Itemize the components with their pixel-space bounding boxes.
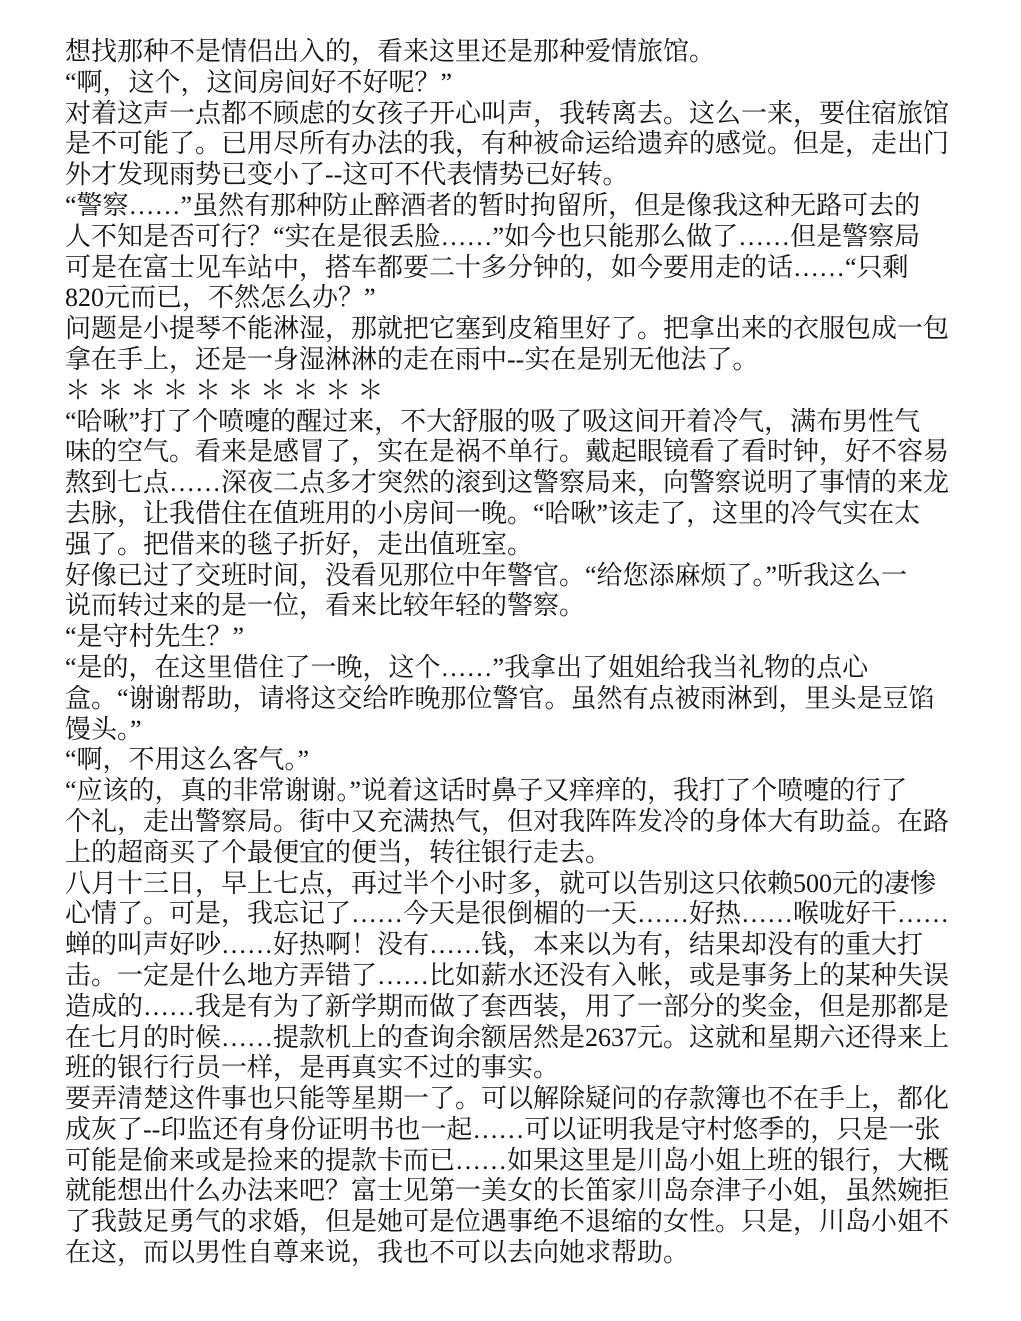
text-line: 班的银行行员一样，是再真实不过的事实。 [65, 1053, 965, 1084]
text-block: 想找那种不是情侣出入的，看来这里还是那种爱情旅馆。“啊，这个，这间房间好不好呢？… [65, 37, 965, 1269]
text-line: 八月十三日，早上七点，再过半个小时多，就可以告别这只依赖500元的凄惨 [65, 869, 965, 900]
document-page: 想找那种不是情侣出入的，看来这里还是那种爱情旅馆。“啊，这个，这间房间好不好呢？… [0, 0, 1021, 1321]
text-line: ＊ ＊ ＊ ＊ ＊ ＊ ＊ ＊ ＊ ＊ [65, 376, 965, 407]
text-line: 个礼，走出警察局。街中又充满热气，但对我阵阵发冷的身体大有助益。在路 [65, 807, 965, 838]
text-line: “啊，这个，这间房间好不好呢？” [65, 68, 965, 99]
body: { "page": { "background": "#ffffff", "te… [0, 0, 1021, 1321]
text-line: 人不知是否可行？“实在是很丢脸……”如今也只能那么做了……但是警察局 [65, 222, 965, 253]
text-line: 好像已过了交班时间，没看见那位中年警官。“给您添麻烦了。”听我这么一 [65, 561, 965, 592]
text-line: 去脉，让我借住在值班用的小房间一晚。“哈啾”该走了，这里的冷气实在太 [65, 499, 965, 530]
text-line: 上的超商买了个最便宜的便当，转往银行走去。 [65, 838, 965, 869]
text-line: “警察……”虽然有那种防止醉酒者的暂时拘留所，但是像我这种无路可去的 [65, 191, 965, 222]
text-line: 味的空气。看来是感冒了，实在是祸不单行。戴起眼镜看了看时钟，好不容易 [65, 437, 965, 468]
text-line: “啊，不用这么客气。” [65, 745, 965, 776]
text-line: “是守村先生？” [65, 622, 965, 653]
text-line: 想找那种不是情侣出入的，看来这里还是那种爱情旅馆。 [65, 37, 965, 68]
text-line: 就能想出什么办法来吧？富士见第一美女的长笛家川岛奈津子小姐，虽然婉拒 [65, 1176, 965, 1207]
text-line: 在七月的时候……提款机上的查询余额居然是2637元。这就和星期六还得来上 [65, 1023, 965, 1054]
text-line: 成灰了--印监还有身份证明书也一起……可以证明我是守村悠季的，只是一张 [65, 1115, 965, 1146]
text-line: 对着这声一点都不顾虑的女孩子开心叫声，我转离去。这么一来，要住宿旅馆 [65, 99, 965, 130]
text-line: “哈啾”打了个喷嚏的醒过来，不大舒服的吸了吸这间开着冷气，满布男性气 [65, 407, 965, 438]
text-line: 在这，而以男性自尊来说，我也不可以去向她求帮助。 [65, 1238, 965, 1269]
text-line: 说而转过来的是一位，看来比较年轻的警察。 [65, 591, 965, 622]
text-line: 熬到七点……深夜二点多才突然的滚到这警察局来，向警察说明了事情的来龙 [65, 468, 965, 499]
text-line: 可是在富士见车站中，搭车都要二十多分钟的，如今要用走的话……“只剩 [65, 253, 965, 284]
text-line: “是的，在这里借住了一晚，这个……”我拿出了姐姐给我当礼物的点心 [65, 653, 965, 684]
text-line: 馒头。” [65, 715, 965, 746]
text-line: 击。一定是什么地方弄错了……比如薪水还没有入帐，或是事务上的某种失误 [65, 961, 965, 992]
text-line: 拿在手上，还是一身湿淋淋的走在雨中--实在是别无他法了。 [65, 345, 965, 376]
text-line: 强了。把借来的毯子折好，走出值班室。 [65, 530, 965, 561]
text-line: 了我鼓足勇气的求婚，但是她可是位遇事绝不退缩的女性。只是，川岛小姐不 [65, 1207, 965, 1238]
text-line: 可能是偷来或是捡来的提款卡而已……如果这里是川岛小姐上班的银行，大概 [65, 1146, 965, 1177]
text-line: 问题是小提琴不能淋湿，那就把它塞到皮箱里好了。把拿出来的衣服包成一包 [65, 314, 965, 345]
text-line: 蝉的叫声好吵……好热啊！没有……钱，本来以为有，结果却没有的重大打 [65, 930, 965, 961]
text-line: 心情了。可是，我忘记了……今天是很倒楣的一天……好热……喉咙好干…… [65, 899, 965, 930]
text-line: 是不可能了。已用尽所有办法的我，有种被命运给遗弃的感觉。但是，走出门 [65, 129, 965, 160]
text-line: 外才发现雨势已变小了--这可不代表情势已好转。 [65, 160, 965, 191]
text-line: “应该的，真的非常谢谢。”说着这话时鼻子又痒痒的，我打了个喷嚏的行了 [65, 776, 965, 807]
text-line: 要弄清楚这件事也只能等星期一了。可以解除疑问的存款簿也不在手上，都化 [65, 1084, 965, 1115]
text-line: 造成的……我是有为了新学期而做了套西装，用了一部分的奖金，但是那都是 [65, 992, 965, 1023]
text-line: 820元而已，不然怎么办？” [65, 283, 965, 314]
text-line: 盒。“谢谢帮助，请将这交给昨晚那位警官。虽然有点被雨淋到，里头是豆馅 [65, 684, 965, 715]
